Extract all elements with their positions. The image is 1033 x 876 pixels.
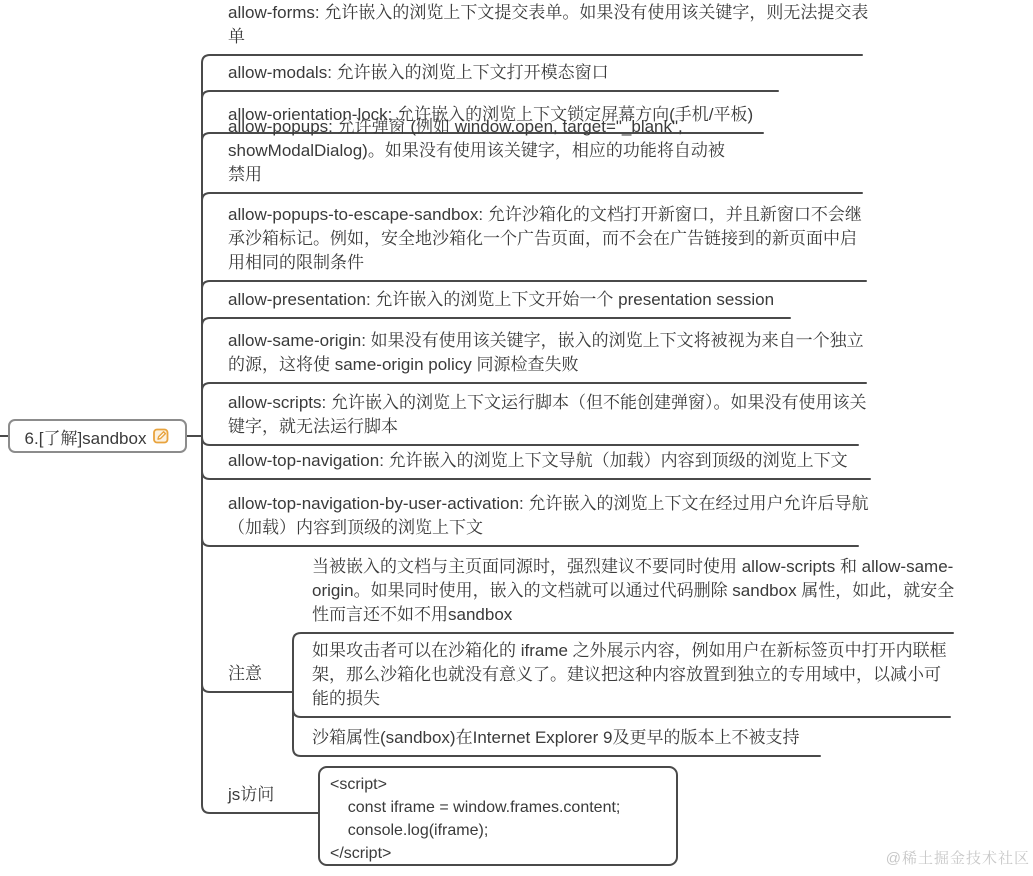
note-item-ie9-support[interactable]: 沙箱属性(sandbox)在Internet Explorer 9及更早的版本上… [312,726,852,750]
topic-allow-modals[interactable]: allow-modals: 允许嵌入的浏览上下文打开模态窗口 [228,61,828,85]
code-line: </script> [330,842,666,865]
topic-note-label[interactable]: 注意 [228,662,262,686]
code-line: <script> [330,773,666,796]
note-item-same-origin-scripts[interactable]: 当被嵌入的文档与主页面同源时，强烈建议不要同时使用 allow-scripts … [312,555,957,627]
topic-allow-same-origin[interactable]: allow-same-origin: 如果没有使用该关键字，嵌入的浏览上下文将被… [228,329,870,377]
topic-allow-forms[interactable]: allow-forms: 允许嵌入的浏览上下文提交表单。如果没有使用该关键字，则… [228,1,870,49]
branch-line-allow-same-origin [202,383,866,391]
code-block[interactable]: <script> const iframe = window.frames.co… [318,766,678,866]
branch-line-allow-presentation [202,318,790,326]
note-icon[interactable] [152,427,170,445]
note-item-attacker-outside-iframe[interactable]: 如果攻击者可以在沙箱化的 iframe 之外展示内容，例如用户在新标签页中打开内… [312,639,952,711]
topic-allow-presentation[interactable]: allow-presentation: 允许嵌入的浏览上下文开始一个 prese… [228,288,828,312]
topic-allow-popups[interactable]: allow-popups: 允许弹窗 (例如 window.open, targ… [228,115,728,187]
topic-js-access-label[interactable]: js访问 [228,783,274,807]
topic-allow-top-navigation[interactable]: allow-top-navigation: 允许嵌入的浏览上下文导航（加载）内容… [228,449,878,473]
topic-allow-scripts[interactable]: allow-scripts: 允许嵌入的浏览上下文运行脚本（但不能创建弹窗）。如… [228,391,870,439]
code-line: const iframe = window.frames.content; [330,796,666,819]
topic-allow-popups-to-escape-sandbox[interactable]: allow-popups-to-escape-sandbox: 允许沙箱化的文档… [228,203,870,275]
branch-line-allow-popups [202,193,862,201]
topic-allow-top-navigation-by-user-activation[interactable]: allow-top-navigation-by-user-activation:… [228,492,870,540]
branch-line-allow-modals [202,91,778,99]
watermark: @稀土掘金技术社区 [886,847,1030,868]
root-topic-sandbox[interactable]: 6.[了解]sandbox [8,419,187,453]
code-line: console.log(iframe); [330,819,666,842]
root-topic-label: 6.[了解]sandbox [25,424,147,449]
